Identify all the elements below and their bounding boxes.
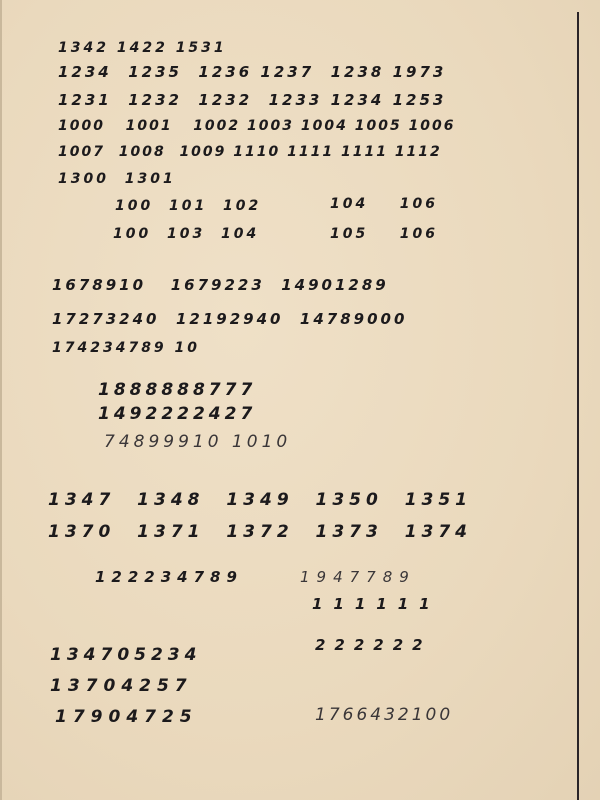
number: 1973 bbox=[393, 63, 447, 81]
handwritten-row: 1300 1301 bbox=[58, 171, 176, 187]
number: 1347 bbox=[48, 490, 115, 510]
number: 1371 bbox=[137, 522, 204, 542]
number: 14901289 bbox=[281, 276, 389, 294]
number: 1237 bbox=[260, 63, 314, 81]
number: 104 bbox=[221, 226, 259, 242]
number: 13704257 bbox=[50, 676, 193, 696]
number: 1234 bbox=[331, 91, 385, 109]
handwritten-row: 1678910 1679223 14901289 bbox=[52, 276, 389, 294]
number: 1111 bbox=[287, 144, 334, 160]
margin-line bbox=[577, 12, 579, 800]
number: 1531 bbox=[176, 40, 227, 56]
number: 1007 bbox=[58, 144, 105, 160]
handwritten-row: 174234789 10 bbox=[52, 340, 200, 356]
number: 1766432100 bbox=[315, 705, 453, 725]
number: 1234 bbox=[58, 63, 112, 81]
number: 1678910 bbox=[52, 276, 146, 294]
number: 1006 bbox=[409, 118, 456, 134]
handwritten-row: 1370 1371 1372 1373 1374 bbox=[48, 522, 472, 542]
paper-left-edge bbox=[0, 0, 2, 800]
number: 1253 bbox=[393, 91, 447, 109]
number: 106 bbox=[400, 196, 438, 212]
handwritten-row: 1888888777 bbox=[98, 380, 256, 400]
number: 1000 bbox=[58, 118, 105, 134]
number: 1111 bbox=[341, 144, 388, 160]
number: 100 bbox=[115, 198, 153, 214]
handwritten-row: 17904725 bbox=[55, 707, 198, 727]
number: 12192940 bbox=[176, 310, 284, 328]
number: 1422 bbox=[117, 40, 168, 56]
number: 1301 bbox=[125, 171, 176, 187]
number: 1350 bbox=[316, 490, 383, 510]
number: 105 bbox=[330, 226, 368, 242]
number: 111111 bbox=[312, 595, 441, 613]
number: 1349 bbox=[226, 490, 293, 510]
handwritten-row: 1947789 bbox=[300, 568, 416, 586]
handwritten-row: 111111 bbox=[312, 595, 441, 613]
handwritten-row: 104 106 bbox=[330, 196, 438, 212]
handwritten-row: 105 106 bbox=[330, 226, 438, 242]
number: 1009 bbox=[179, 144, 226, 160]
number: 1110 bbox=[233, 144, 280, 160]
number: 1232 bbox=[198, 91, 252, 109]
number: 1112 bbox=[395, 144, 442, 160]
number: 1888888777 bbox=[98, 380, 256, 400]
number: 174234789 10 bbox=[52, 340, 200, 356]
number: 101 bbox=[169, 198, 207, 214]
number: 1372 bbox=[226, 522, 293, 542]
handwritten-row: 1766432100 bbox=[315, 705, 453, 725]
number: 1008 bbox=[119, 144, 166, 160]
handwritten-row: 100 103 104 bbox=[113, 226, 259, 242]
handwritten-row: 74899910 1010 bbox=[104, 432, 291, 452]
handwritten-row: 1000 1001 1002 1003 1004 1005 1006 bbox=[58, 118, 456, 134]
number: 14789000 bbox=[300, 310, 408, 328]
number: 106 bbox=[400, 226, 438, 242]
handwritten-row: 1231 1232 1232 1233 1234 1253 bbox=[58, 91, 446, 109]
number: 1232 bbox=[128, 91, 182, 109]
number: 1370 bbox=[48, 522, 115, 542]
handwritten-row: 222222 bbox=[315, 636, 432, 654]
handwritten-row: 1342 1422 1531 bbox=[58, 40, 227, 56]
number: 122234789 bbox=[95, 568, 243, 586]
handwritten-row: 100 101 102 bbox=[115, 198, 261, 214]
number: 1005 bbox=[355, 118, 402, 134]
number: 1300 bbox=[58, 171, 109, 187]
handwritten-row: 122234789 bbox=[95, 568, 243, 586]
number: 1679223 bbox=[171, 276, 265, 294]
handwritten-row: 13704257 bbox=[50, 676, 193, 696]
number: 1236 bbox=[198, 63, 252, 81]
number: 1373 bbox=[316, 522, 383, 542]
number: 1004 bbox=[301, 118, 348, 134]
handwritten-row: 1492222427 bbox=[98, 404, 256, 424]
handwritten-row: 1007 1008 1009 1110 1111 1111 1112 bbox=[58, 144, 442, 160]
number: 1238 bbox=[331, 63, 385, 81]
number: 1348 bbox=[137, 490, 204, 510]
number: 100 bbox=[113, 226, 151, 242]
number: 17904725 bbox=[55, 707, 198, 727]
handwritten-row: 17273240 12192940 14789000 bbox=[52, 310, 407, 328]
handwritten-row: 134705234 bbox=[50, 645, 201, 665]
number: 104 bbox=[330, 196, 368, 212]
number: 1231 bbox=[58, 91, 112, 109]
number: 222222 bbox=[315, 636, 432, 654]
number: 74899910 1010 bbox=[104, 432, 291, 452]
number: 102 bbox=[223, 198, 261, 214]
number: 103 bbox=[167, 226, 205, 242]
number: 1003 bbox=[247, 118, 294, 134]
number: 134705234 bbox=[50, 645, 201, 665]
number: 1002 bbox=[193, 118, 240, 134]
number: 1351 bbox=[405, 490, 472, 510]
number: 1235 bbox=[128, 63, 182, 81]
number: 1001 bbox=[126, 118, 173, 134]
handwritten-row: 1347 1348 1349 1350 1351 bbox=[48, 490, 472, 510]
number: 1374 bbox=[405, 522, 472, 542]
number: 1947789 bbox=[300, 568, 416, 586]
number: 17273240 bbox=[52, 310, 160, 328]
number: 1492222427 bbox=[98, 404, 256, 424]
number: 1233 bbox=[269, 91, 323, 109]
number: 1342 bbox=[58, 40, 109, 56]
handwritten-row: 1234 1235 1236 1237 1238 1973 bbox=[58, 63, 446, 81]
